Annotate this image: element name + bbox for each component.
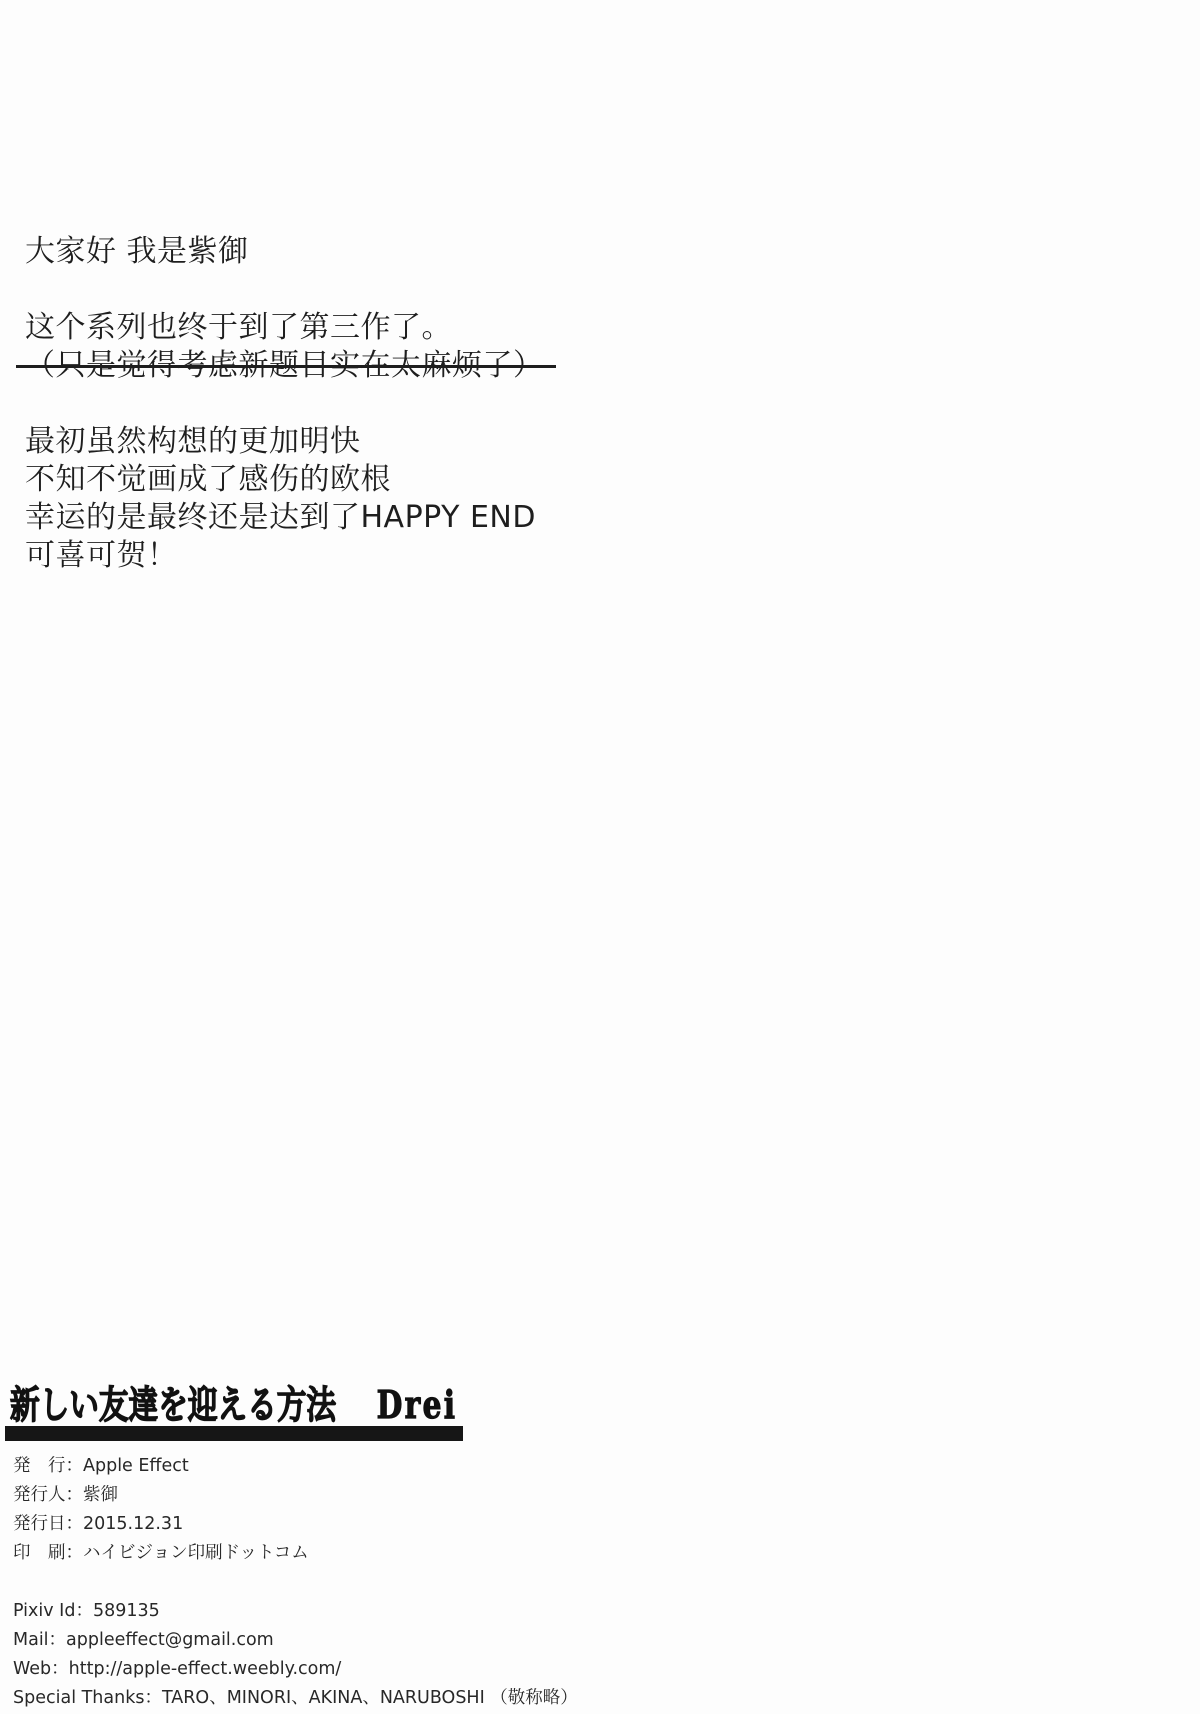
colophon-special-thanks: Special Thanks：TARO、MINORI、AKINA、NARUBOS… (13, 1684, 578, 1713)
title-underline-bar (5, 1426, 463, 1441)
strikethrough-text: （只是觉得考虑新题目实在太麻烦了） (25, 347, 544, 385)
colophon-publisher: 発 行：Apple Effect (13, 1452, 578, 1481)
blank-line (25, 385, 544, 423)
afterword-line-happyend: 幸运的是最终还是达到了HAPPY END (25, 499, 544, 537)
scanned-afterword-page: 大家好 我是紫御 这个系列也终于到了第三作了。 （只是觉得考虑新题目实在太麻烦了… (0, 0, 1200, 1714)
doujin-title-volume: Drei (377, 1382, 458, 1427)
colophon-block: 発 行：Apple Effect 発行人：紫御 発行日：2015.12.31 印… (13, 1452, 578, 1713)
afterword-series-line: 这个系列也终于到了第三作了。 (25, 309, 544, 347)
afterword-line-congrats: 可喜可贺！ (25, 537, 544, 575)
colophon-pixiv-id: Pixiv Id：589135 (13, 1597, 578, 1626)
afterword-text-block: 大家好 我是紫御 这个系列也终于到了第三作了。 （只是觉得考虑新题目实在太麻烦了… (25, 233, 544, 575)
colophon-publisher-person: 発行人：紫御 (13, 1481, 578, 1510)
colophon-mail: Mail：appleeffect@gmail.com (13, 1626, 578, 1655)
afterword-line-concept: 最初虽然构想的更加明快 (25, 423, 544, 461)
blank-line (13, 1568, 578, 1597)
afterword-strikethrough-line: （只是觉得考虑新题目实在太麻烦了） (25, 347, 544, 385)
doujin-title-japanese: 新しい友達を迎える方法 (10, 1383, 336, 1427)
colophon-publish-date: 発行日：2015.12.31 (13, 1510, 578, 1539)
afterword-greeting: 大家好 我是紫御 (25, 233, 544, 271)
colophon-web: Web：http://apple-effect.weebly.com/ (13, 1655, 578, 1684)
colophon-printer: 印 刷：ハイビジョン印刷ドットコム (13, 1539, 578, 1568)
afterword-line-eugen: 不知不觉画成了感伤的欧根 (25, 461, 544, 499)
blank-line (25, 271, 544, 309)
doujin-title: 新しい友達を迎える方法Drei (10, 1374, 457, 1429)
